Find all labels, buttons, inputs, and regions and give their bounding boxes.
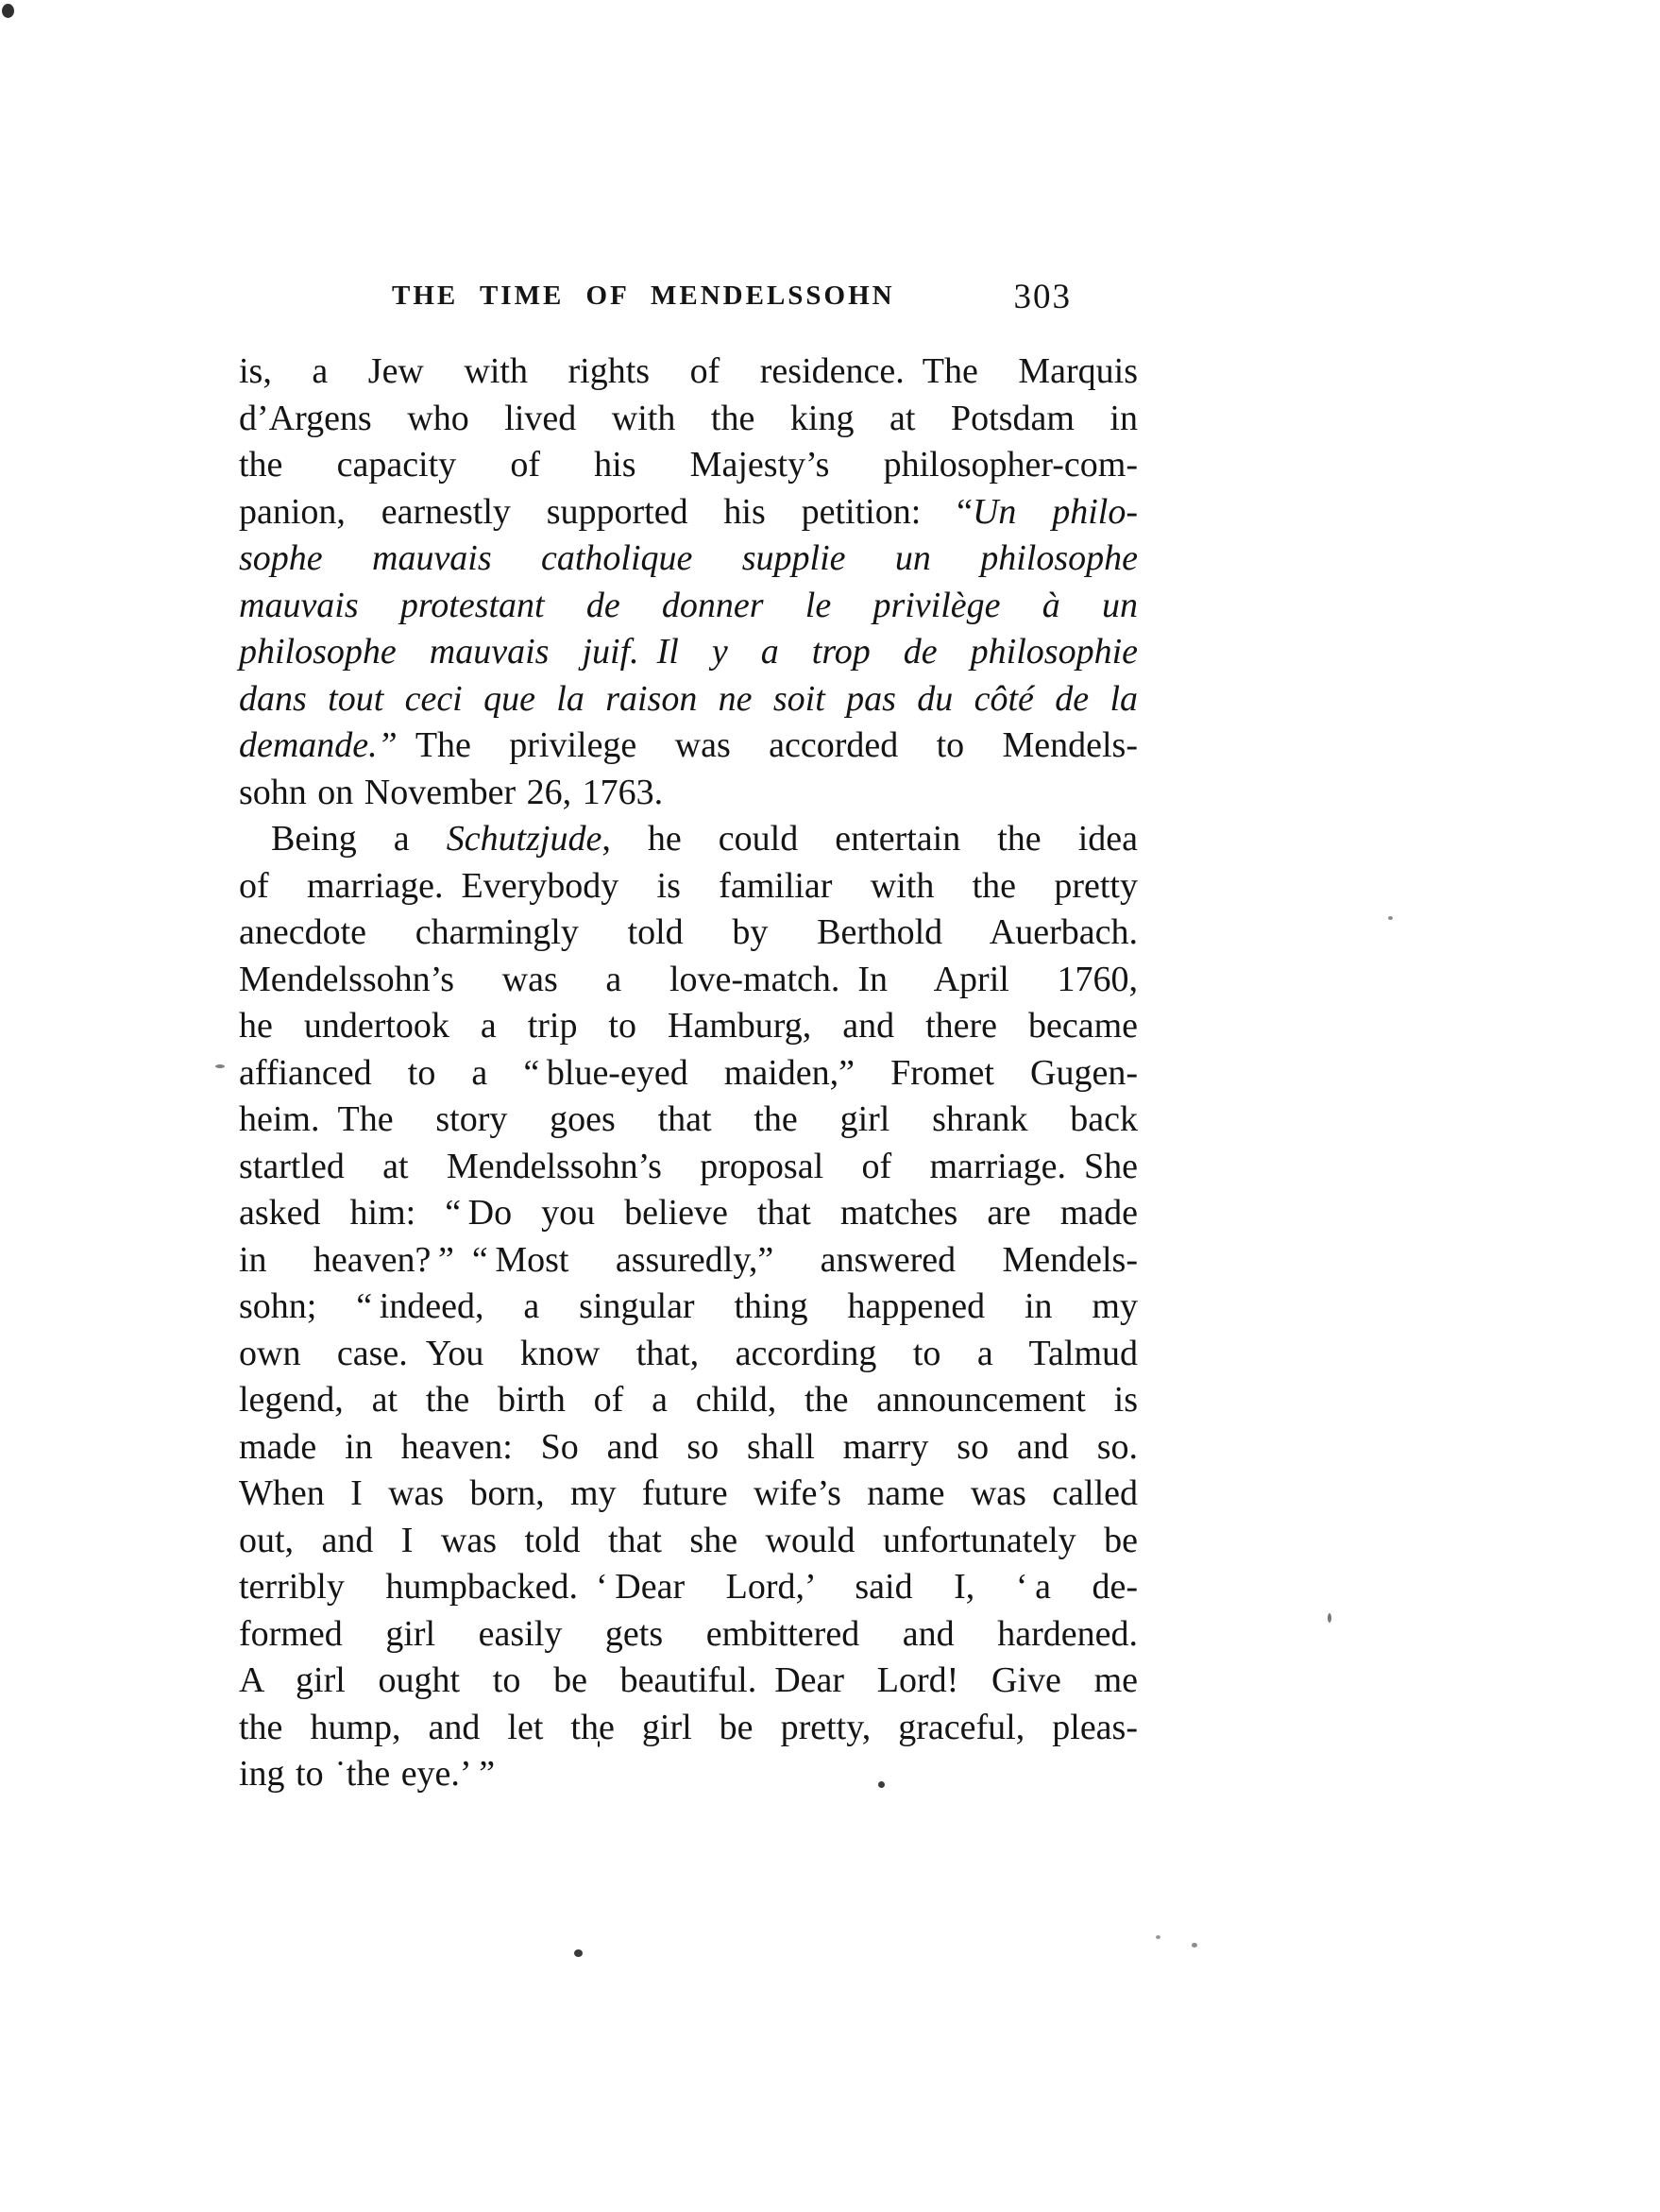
- text-line: of marriage. Everybody is familiar with …: [239, 863, 1138, 910]
- text-line: out, and I was told that she would unfor…: [239, 1518, 1138, 1565]
- text-segment: The privilege was accorded to Mendels-: [398, 725, 1138, 765]
- text-segment: terribly humpbacked. ‘ Dear Lord,’ said …: [239, 1567, 1138, 1607]
- text-segment: out, and I was told that she would unfor…: [239, 1521, 1138, 1560]
- text-line: is, a Jew with rights of residence. The …: [239, 349, 1138, 396]
- text-segment: the hump, and let th̩e girl be pretty, g…: [239, 1708, 1138, 1747]
- text-segment: formed girl easily gets embittered and h…: [239, 1614, 1138, 1654]
- text-segment: affianced to a “ blue-eyed maiden,” From…: [239, 1053, 1138, 1093]
- text-segment: Being a: [271, 819, 447, 859]
- text-line: anecdote charmingly told by Berthold Aue…: [239, 910, 1138, 957]
- text-line: philosophe mauvais juif. Il y a trop de …: [239, 629, 1138, 676]
- text-line: made in heaven: So and so shall marry so…: [239, 1424, 1138, 1472]
- scan-speck: [574, 1949, 583, 1957]
- page-header: THE TIME OF MENDELSSOHN 303: [239, 277, 1138, 315]
- italic-text-segment: philosophe mauvais juif. Il y a trop de …: [239, 632, 1138, 672]
- text-segment: in heaven? ” “ Most assuredly,” answered…: [239, 1240, 1138, 1280]
- text-line: asked him: “ Do you believe that matches…: [239, 1190, 1138, 1237]
- italic-text-segment: sophe mauvais catholique supplie un phil…: [239, 538, 1138, 578]
- text-line: sohn on November 26, 1763.: [239, 770, 1138, 817]
- text-segment: own case. You know that, according to a …: [239, 1334, 1138, 1373]
- text-segment: , he could entertain the idea: [601, 819, 1138, 859]
- text-segment: sohn on November 26, 1763.: [239, 773, 663, 812]
- text-line: panion, earnestly supported his petition…: [239, 489, 1138, 536]
- italic-text-segment: dans tout ceci que la raison ne soit pas…: [239, 679, 1138, 719]
- text-segment: sohn; “ indeed, a singular thing happene…: [239, 1286, 1138, 1326]
- text-segment: the capacity of his Majesty’s philosophe…: [239, 445, 1138, 485]
- body-text: is, a Jew with rights of residence. The …: [239, 349, 1138, 1798]
- text-line: mauvais protestant de donner le privilèg…: [239, 583, 1138, 630]
- page-number: 303: [1014, 277, 1073, 317]
- text-line: When I was born, my future wife’s name w…: [239, 1471, 1138, 1518]
- text-segment: Mendelssohn’s was a love-match. In April…: [239, 960, 1138, 999]
- scan-speck: [1156, 1935, 1160, 1939]
- text-segment: d’Argens who lived with the king at Pots…: [239, 399, 1138, 438]
- italic-text-segment: demande.”: [239, 725, 398, 765]
- text-line: legend, at the birth of a child, the ann…: [239, 1377, 1138, 1424]
- text-line: sophe mauvais catholique supplie un phil…: [239, 536, 1138, 583]
- scan-speck: [215, 1064, 225, 1068]
- text-line: ing to ˙the eye.’ ”: [239, 1751, 1138, 1798]
- book-page: THE TIME OF MENDELSSOHN 303 is, a Jew wi…: [0, 0, 1660, 2212]
- text-line: own case. You know that, according to a …: [239, 1331, 1138, 1378]
- text-segment: is, a Jew with rights of residence. The …: [239, 351, 1138, 391]
- italic-text-segment: Un philo-: [973, 492, 1138, 532]
- text-segment: made in heaven: So and so shall marry so…: [239, 1427, 1138, 1467]
- scan-speck: [1328, 1613, 1331, 1623]
- text-segment: When I was born, my future wife’s name w…: [239, 1473, 1138, 1513]
- text-line: A girl ought to be beautiful. Dear Lord!…: [239, 1658, 1138, 1705]
- text-line: affianced to a “ blue-eyed maiden,” From…: [239, 1050, 1138, 1097]
- text-line: d’Argens who lived with the king at Pots…: [239, 396, 1138, 443]
- text-line: demande.” The privilege was accorded to …: [239, 723, 1138, 770]
- text-line: he undertook a trip to Hamburg, and ther…: [239, 1003, 1138, 1050]
- text-line: dans tout ceci que la raison ne soit pas…: [239, 676, 1138, 723]
- text-line: in heaven? ” “ Most assuredly,” answered…: [239, 1237, 1138, 1285]
- text-segment: of marriage. Everybody is familiar with …: [239, 866, 1138, 906]
- text-line: the capacity of his Majesty’s philosophe…: [239, 442, 1138, 489]
- text-line: sohn; “ indeed, a singular thing happene…: [239, 1284, 1138, 1331]
- running-title: THE TIME OF MENDELSSOHN: [392, 281, 895, 312]
- text-line: formed girl easily gets embittered and h…: [239, 1611, 1138, 1659]
- text-line: heim. The story goes that the girl shran…: [239, 1097, 1138, 1144]
- text-segment: asked him: “ Do you believe that matches…: [239, 1193, 1138, 1233]
- italic-text-segment: Schutzjude: [447, 819, 602, 859]
- text-segment: he undertook a trip to Hamburg, and ther…: [239, 1006, 1138, 1046]
- scan-speck: [2, 4, 14, 18]
- text-line: terribly humpbacked. ‘ Dear Lord,’ said …: [239, 1564, 1138, 1611]
- text-segment: legend, at the birth of a child, the ann…: [239, 1380, 1138, 1420]
- text-line: Mendelssohn’s was a love-match. In April…: [239, 957, 1138, 1004]
- text-segment: heim. The story goes that the girl shran…: [239, 1099, 1138, 1139]
- scan-speck: [878, 1781, 885, 1788]
- scan-speck: [1388, 916, 1393, 920]
- text-segment: ing to ˙the eye.’ ”: [239, 1754, 495, 1794]
- text-segment: startled at Mendelssohn’s proposal of ma…: [239, 1147, 1138, 1186]
- text-line: the hump, and let th̩e girl be pretty, g…: [239, 1705, 1138, 1752]
- text-segment: panion, earnestly supported his petition…: [239, 492, 973, 532]
- italic-text-segment: mauvais protestant de donner le privilèg…: [239, 586, 1138, 625]
- text-segment: A girl ought to be beautiful. Dear Lord!…: [239, 1660, 1138, 1700]
- text-segment: anecdote charmingly told by Berthold Aue…: [239, 912, 1138, 952]
- text-line: startled at Mendelssohn’s proposal of ma…: [239, 1144, 1138, 1191]
- text-line: Being a Schutzjude, he could entertain t…: [239, 816, 1138, 863]
- scan-speck: [1192, 1943, 1197, 1948]
